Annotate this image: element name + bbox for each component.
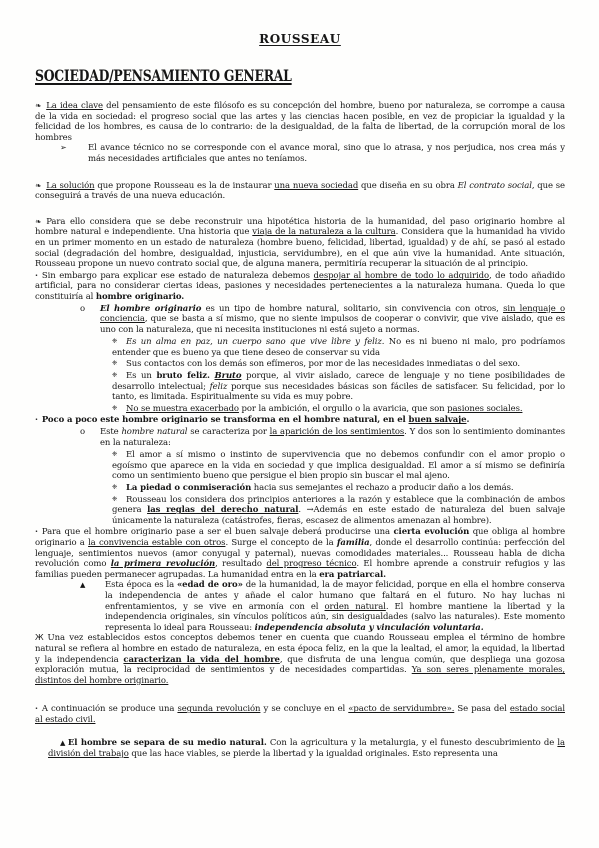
- sparkle-bullet-icon: ❈: [112, 370, 126, 381]
- sparkle-bullet-icon: ❈: [112, 482, 126, 493]
- text-run: caracterizan la vida del hombre: [123, 655, 279, 665]
- text-run: El hombre originario: [100, 304, 201, 314]
- text-run: No se muestra exacerbado: [126, 404, 239, 414]
- title-row: ROUSSEAU: [35, 28, 565, 47]
- arrow-bullet-icon: ➢: [60, 143, 88, 154]
- text-run: El amor a sí mismo o instinto de supervi…: [112, 450, 565, 481]
- text-run: se caracteriza por: [187, 427, 269, 437]
- dot-bullet-icon: ·: [35, 271, 38, 281]
- text-run: Es un: [126, 371, 156, 381]
- text-run: Poco a poco este hombre originario se tr…: [42, 415, 409, 425]
- paragraph: ❈El amor a sí mismo o instinto de superv…: [35, 449, 565, 482]
- text-run: familia: [337, 538, 370, 548]
- section-bullet-icon: Ж: [35, 633, 44, 642]
- text-run: «pacto de servidumbre».: [348, 704, 454, 714]
- text-run: las reglas del derecho natural: [147, 505, 298, 515]
- text-run: La idea clave: [46, 101, 103, 111]
- page-title: ROUSSEAU: [259, 32, 341, 46]
- text-run: Para que el hombre originario pase a ser…: [42, 527, 394, 537]
- triangle-bullet-icon: ▲: [80, 580, 105, 591]
- text-run: del pensamiento de este filósofo es su c…: [35, 101, 565, 143]
- text-run: bruto feliz.: [156, 371, 209, 381]
- text-run: y se concluye en el: [260, 704, 348, 714]
- text-run: cierta evolución: [393, 527, 469, 537]
- section-heading: SOCIEDAD/PENSAMIENTO GENERAL: [35, 66, 292, 85]
- text-run: la convivencia estable con otros: [88, 538, 225, 548]
- text-run: independencia absoluta y vinculación vol…: [255, 623, 484, 633]
- ornament-bullet-icon: ❧: [35, 181, 41, 190]
- text-run: Sin embargo para explicar ese estado de …: [42, 271, 314, 281]
- paragraph: ❧La solución que propone Rousseau es la …: [35, 181, 565, 202]
- paragraph: ❧La idea clave del pensamiento de este f…: [35, 101, 565, 143]
- text-run: El contrato social: [458, 181, 532, 191]
- text-run: Este: [100, 427, 121, 437]
- document-page: ROUSSEAU SOCIEDAD/PENSAMIENTO GENERAL ❧L…: [0, 0, 599, 760]
- text-run: Con la agricultura y la metalurgia, y el…: [267, 738, 558, 748]
- text-run: hombre originario.: [96, 292, 184, 302]
- dot-bullet-icon: ·: [35, 704, 38, 714]
- text-run: Se pasa del: [454, 704, 510, 714]
- text-run: viaja de la naturaleza a la cultura: [252, 227, 395, 237]
- text-run: era patriarcal.: [319, 570, 386, 580]
- text-run: Sus contactos con los demás son efímeros…: [126, 359, 520, 369]
- sparkle-bullet-icon: ❈: [112, 403, 126, 414]
- ornament-bullet-icon: ❧: [35, 217, 41, 226]
- text-run: una nueva sociedad: [274, 181, 358, 191]
- text-run: que diseña en su obra: [358, 181, 457, 191]
- text-run: buen salvaje: [409, 415, 467, 425]
- paragraph: ❧Para ello considera que se debe reconst…: [35, 217, 565, 270]
- paragraph: ❈Es un alma en paz, un cuerpo sano que v…: [35, 336, 565, 358]
- paragraph: ·Sin embargo para explicar ese estado de…: [35, 271, 565, 303]
- text-run: A continuación se produce una: [42, 704, 178, 714]
- text-run: El hombre se separa de su medio natural.: [68, 738, 267, 748]
- paragraph: ▲Esta época es la «edad de oro» de la hu…: [35, 580, 565, 633]
- paragraph: ·Poco a poco este hombre originario se t…: [35, 415, 565, 426]
- text-run: El avance técnico no se corresponde con …: [88, 143, 565, 164]
- paragraph: oEste hombre natural se caracteriza por …: [35, 427, 565, 448]
- paragraph: ❈Es un bruto feliz. Bruto porque, al viv…: [35, 370, 565, 403]
- paragraph: ❈La piedad o conmiseración hacia sus sem…: [35, 482, 565, 494]
- text-run: la primera revolución: [111, 559, 215, 569]
- text-run: , resultado: [215, 559, 266, 569]
- text-run: del progreso técnico: [266, 559, 356, 569]
- sparkle-bullet-icon: ❈: [112, 358, 126, 369]
- heading-row: SOCIEDAD/PENSAMIENTO GENERAL: [35, 66, 565, 84]
- text-run: despojar al hombre de todo lo adquirido: [314, 271, 489, 281]
- o-bullet-icon: o: [80, 427, 100, 438]
- sparkle-bullet-icon: ❈: [112, 494, 126, 505]
- text-run: hacia sus semejantes el rechazo a produc…: [251, 483, 513, 493]
- paragraph: ❈Sus contactos con los demás son efímero…: [35, 358, 565, 370]
- paragraph: ❈Rousseau los considera dos principios a…: [35, 494, 565, 527]
- text-run: . Surge el concepto de la: [225, 538, 336, 548]
- ornament-bullet-icon: ❧: [35, 101, 41, 110]
- paragraph: ➢El avance técnico no se corresponde con…: [35, 143, 565, 164]
- text-run: .: [466, 415, 469, 425]
- text-run: , que se basta a sí mismo, que no siente…: [100, 314, 565, 335]
- paragraph: ▲El hombre se separa de su medio natural…: [35, 738, 565, 759]
- text-run: orden natural: [325, 602, 386, 612]
- text-run: La piedad o conmiseración: [126, 483, 251, 493]
- text-run: que las hace viables, se pierde la liber…: [129, 749, 498, 759]
- text-run: feliz: [210, 382, 228, 392]
- paragraph: ·A continuación se produce una segunda r…: [35, 704, 565, 725]
- text-run: la aparición de los sentimientos: [270, 427, 405, 437]
- sparkle-bullet-icon: ❈: [112, 336, 126, 347]
- paragraph: ·Para que el hombre originario pase a se…: [35, 527, 565, 580]
- o-bullet-icon: o: [80, 304, 100, 315]
- dot-bullet-icon: ·: [35, 415, 38, 425]
- paragraph: ЖUna vez establecidos estos conceptos de…: [35, 633, 565, 686]
- text-run: por la ambición, el orgullo o la avarici…: [239, 404, 447, 414]
- text-run: Es un alma en paz, un cuerpo sano que vi…: [126, 337, 384, 347]
- paragraph: oEl hombre originario es un tipo de homb…: [35, 304, 565, 336]
- dot-bullet-icon: ·: [35, 527, 38, 537]
- triangle-bullet-icon: ▲: [60, 739, 66, 747]
- text-run: pasiones sociales.: [447, 404, 522, 414]
- text-run: que propone Rousseau es la de instaurar: [95, 181, 275, 191]
- paragraph: ❈No se muestra exacerbado por la ambició…: [35, 403, 565, 415]
- text-run: hombre natural: [121, 427, 187, 437]
- text-run: es un tipo de hombre natural, solitario,…: [201, 304, 503, 314]
- document-body: ❧La idea clave del pensamiento de este f…: [35, 101, 565, 760]
- text-run: La solución: [46, 181, 94, 191]
- text-run: «edad de oro»: [177, 580, 243, 590]
- text-run: Esta época es la: [105, 580, 177, 590]
- text-run: Bruto: [215, 371, 242, 381]
- text-run: segunda revolución: [177, 704, 260, 714]
- sparkle-bullet-icon: ❈: [112, 449, 126, 460]
